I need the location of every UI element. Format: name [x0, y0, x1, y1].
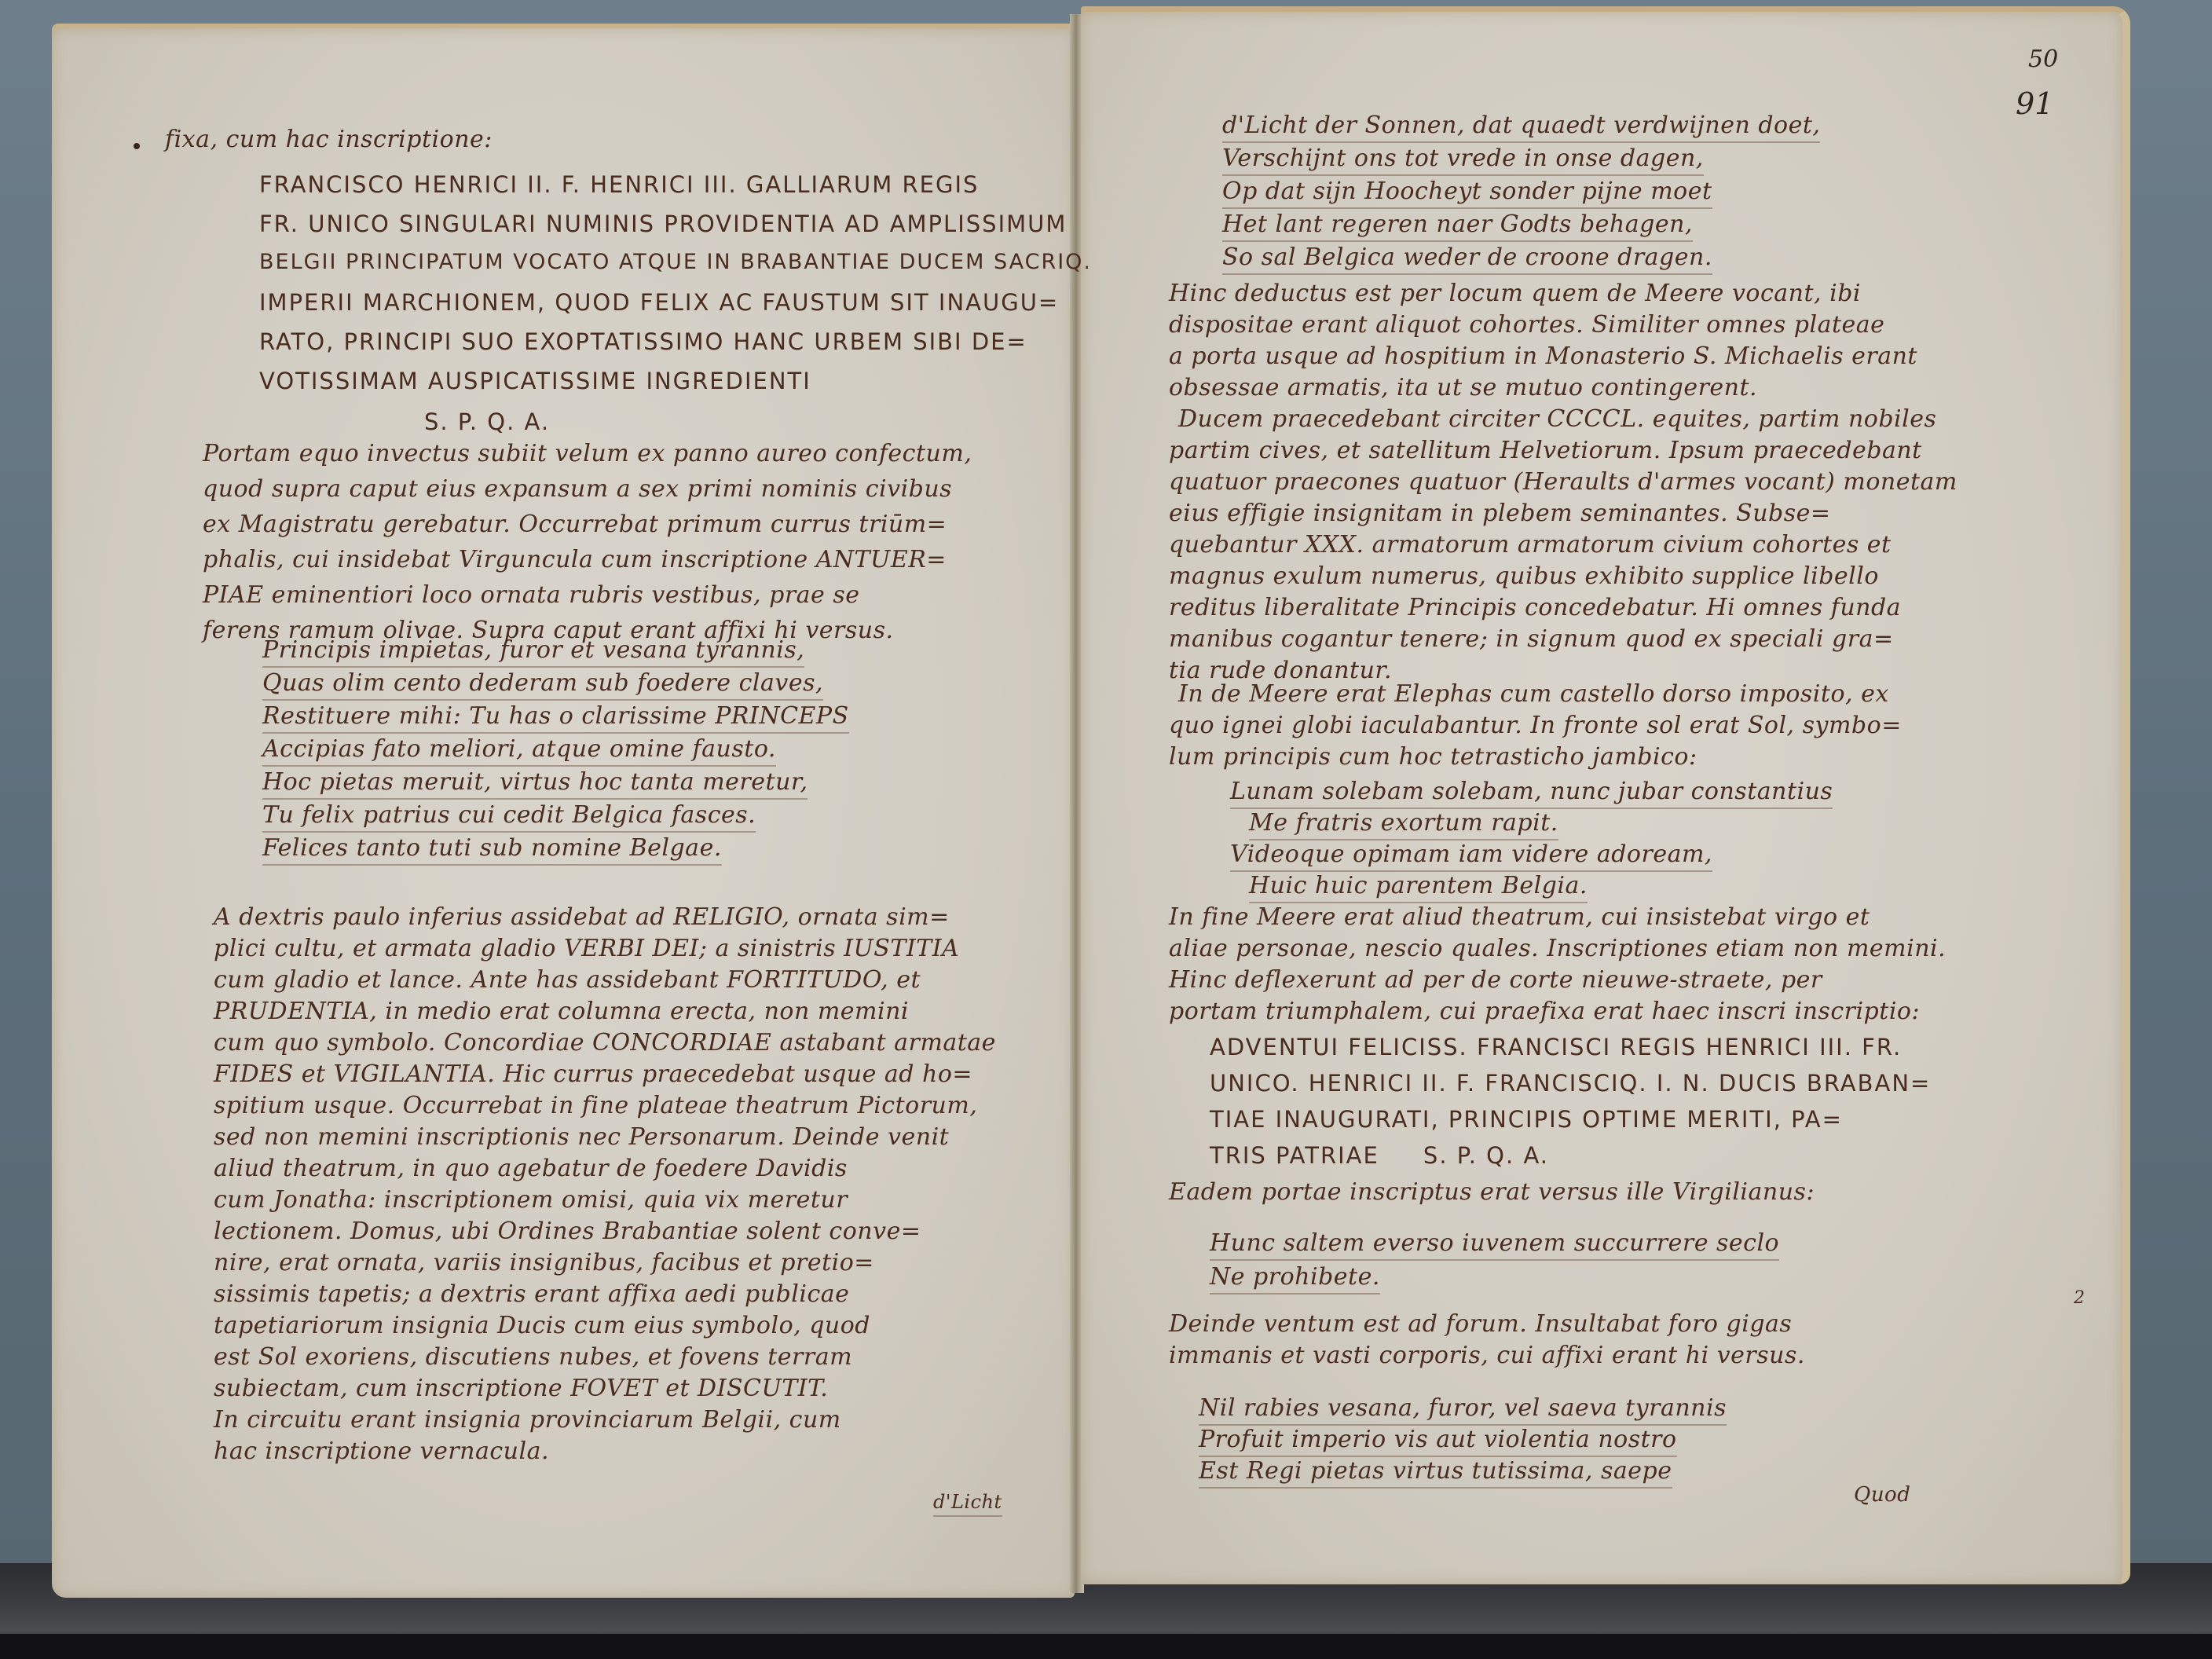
text-line: Ducem praecedebant circiter CCCCL. equit… [1178, 405, 1936, 433]
text-line: phalis, cui insidebat Virguncula cum ins… [203, 546, 947, 573]
verse-line: Verschijnt ons tot vrede in onse dagen, [1222, 145, 1704, 176]
text-line: Hinc deflexerunt ad per de corte nieuwe-… [1169, 966, 1822, 994]
inscription-line: FRANCISCO HENRICI II. F. HENRICI III. GA… [259, 171, 979, 198]
verse-line: Est Regi pietas virtus tutissima, saepe [1199, 1457, 1672, 1489]
inscription-line: IMPERII MARCHIONEM, QUOD FELIX AC FAUSTU… [259, 289, 1059, 316]
text-line: aliae personae, nescio quales. Inscripti… [1169, 935, 1946, 962]
text-line: tapetiariorum insignia Ducis cum eius sy… [214, 1312, 870, 1339]
text-line: partim cives, et satellitum Helvetiorum.… [1169, 437, 1922, 464]
text-line: plici cultu, et armata gladio VERBI DEI;… [214, 935, 959, 962]
text-line: Hinc deductus est per locum quem de Meer… [1169, 280, 1861, 307]
text-line: manibus cogantur tenere; in signum quod … [1169, 625, 1894, 653]
text-line: fixa, cum hac inscriptione: [165, 126, 493, 153]
inscription-line: ADVENTUI FELICISS. FRANCISCI REGIS HENRI… [1210, 1034, 1902, 1060]
text-line: obsessae armatis, ita ut se mutuo contin… [1169, 374, 1757, 401]
text-line: magnus exulum numerus, quibus exhibito s… [1169, 562, 1879, 590]
text-line: subiectam, cum inscriptione FOVET et DIS… [214, 1375, 828, 1402]
text-line: portam triumphalem, cui praefixa erat ha… [1169, 998, 1920, 1025]
text-line: In circuitu erant insignia provinciarum … [214, 1406, 841, 1434]
text-line: sissimis tapetis; a dextris erant affixa… [214, 1280, 849, 1308]
verse-line: Felices tanto tuti sub nomine Belgae. [262, 834, 722, 866]
text-line: est Sol exoriens, discutiens nubes, et f… [214, 1343, 852, 1371]
verse-line: Nil rabies vesana, furor, vel saeva tyra… [1199, 1394, 1727, 1426]
text-line: eius effigie insignitam in plebem semina… [1169, 500, 1831, 527]
verse-line: Hunc saltem everso iuvenem succurrere se… [1210, 1229, 1779, 1261]
inscription-line: RATO, PRINCIPI SUO EXOPTATISSIMO HANC UR… [259, 328, 1027, 355]
text-line: aliud theatrum, in quo agebatur de foede… [214, 1155, 848, 1182]
text-line: FIDES et VIGILANTIA. Hic currus praecede… [214, 1060, 972, 1088]
text-line: nire, erat ornata, variis insignibus, fa… [214, 1249, 874, 1276]
catchword: d'Licht [933, 1491, 1002, 1517]
text-line: reditus liberalitate Principis concedeba… [1169, 594, 1901, 621]
inscription-line: TRIS PATRIAE S. P. Q. A. [1210, 1142, 1549, 1169]
text-line: spitium usque. Occurrebat in fine platea… [214, 1092, 977, 1119]
text-line: Deinde ventum est ad forum. Insultabat f… [1169, 1310, 1792, 1338]
verse-line: Accipias fato meliori, atque omine faust… [262, 735, 776, 767]
text-line: quebantur XXX. armatorum armatorum civiu… [1169, 531, 1892, 558]
text-line: Eadem portae inscriptus erat versus ille… [1169, 1178, 1815, 1206]
inscription-line: BELGII PRINCIPATUM VOCATO ATQUE IN BRABA… [259, 250, 1092, 274]
inscription-signature: S. P. Q. A. [424, 408, 550, 435]
catchword: Quod [1854, 1483, 1910, 1507]
text-line: cum gladio et lance. Ante has assidebant… [214, 966, 921, 994]
verse-line: Ne prohibete. [1210, 1263, 1380, 1295]
text-line: A dextris paulo inferius assidebat ad RE… [214, 903, 950, 931]
verse-line: Principis impietas, furor et vesana tyra… [262, 636, 804, 668]
inscription-line: VOTISSIMAM AUSPICATISSIME INGREDIENTI [259, 368, 811, 394]
text-line: In fine Meere erat aliud theatrum, cui i… [1169, 903, 1870, 931]
text-line: sed non memini inscriptionis nec Persona… [214, 1123, 949, 1151]
verse-line: Het lant regeren naer Godts behagen, [1222, 211, 1693, 242]
margin-mark: 2 [2074, 1288, 2086, 1308]
text-line: ex Magistratu gerebatur. Occurrebat prim… [203, 511, 947, 538]
verse-line: So sal Belgica weder de croone dragen. [1222, 244, 1712, 275]
verse-line: Restituere mihi: Tu has o clarissime PRI… [262, 702, 849, 734]
verse-line: Hoc pietas meruit, virtus hoc tanta mere… [262, 768, 808, 800]
verse-line: d'Licht der Sonnen, dat quaedt verdwijne… [1222, 112, 1820, 143]
text-line: lectionem. Domus, ubi Ordines Brabantiae… [214, 1218, 921, 1245]
text-line: immanis et vasti corporis, cui affixi er… [1169, 1342, 1805, 1369]
inscription-line: TIAE INAUGURATI, PRINCIPIS OPTIME MERITI… [1210, 1106, 1843, 1133]
folio-number: 91 [2016, 86, 2053, 121]
text-line: cum quo symbolo. Concordiae CONCORDIAE a… [214, 1029, 996, 1057]
ink-dot [134, 143, 140, 149]
verse-line: Lunam solebam solebam, nunc jubar consta… [1230, 778, 1833, 809]
verse-line: Huic huic parentem Belgia. [1249, 872, 1588, 903]
text-line: Portam equo invectus subiit velum ex pan… [203, 440, 972, 467]
verse-line: Tu felix patrius cui cedit Belgica fasce… [262, 801, 756, 833]
text-line: PRUDENTIA, in medio erat columna erecta,… [214, 998, 909, 1025]
text-line: quo ignei globi iaculabantur. In fronte … [1169, 712, 1902, 739]
verse-line: Quas olim cento dederam sub foedere clav… [262, 669, 823, 701]
shelf-edge [0, 1634, 2212, 1659]
text-line: hac inscriptione vernacula. [214, 1437, 549, 1465]
text-line: a porta usque ad hospitium in Monasterio… [1169, 342, 1917, 370]
verse-line: Op dat sijn Hoocheyt sonder pijne moet [1222, 178, 1712, 209]
text-line: quod supra caput eius expansum a sex pri… [203, 475, 952, 503]
verse-line: Videoque opimam iam videre adoream, [1230, 840, 1712, 872]
text-line: lum principis cum hoc tetrasticho jambic… [1169, 743, 1697, 771]
text-line: In de Meere erat Elephas cum castello do… [1178, 680, 1889, 708]
verse-line: Profuit imperio vis aut violentia nostro [1199, 1426, 1677, 1457]
text-line: cum Jonatha: inscriptionem omisi, quia v… [214, 1186, 848, 1214]
folio-number-old: 50 [2028, 46, 2058, 73]
text-line: quatuor praecones quatuor (Heraults d'ar… [1169, 468, 1957, 496]
text-line: dispositae erant aliquot cohortes. Simil… [1169, 311, 1884, 339]
inscription-line: UNICO. HENRICI II. F. FRANCISCIQ. I. N. … [1210, 1070, 1931, 1097]
verse-line: Me fratris exortum rapit. [1249, 809, 1558, 840]
inscription-line: FR. UNICO SINGULARI NUMINIS PROVIDENTIA … [259, 211, 1067, 237]
text-line: PIAE eminentiori loco ornata rubris vest… [203, 581, 860, 609]
